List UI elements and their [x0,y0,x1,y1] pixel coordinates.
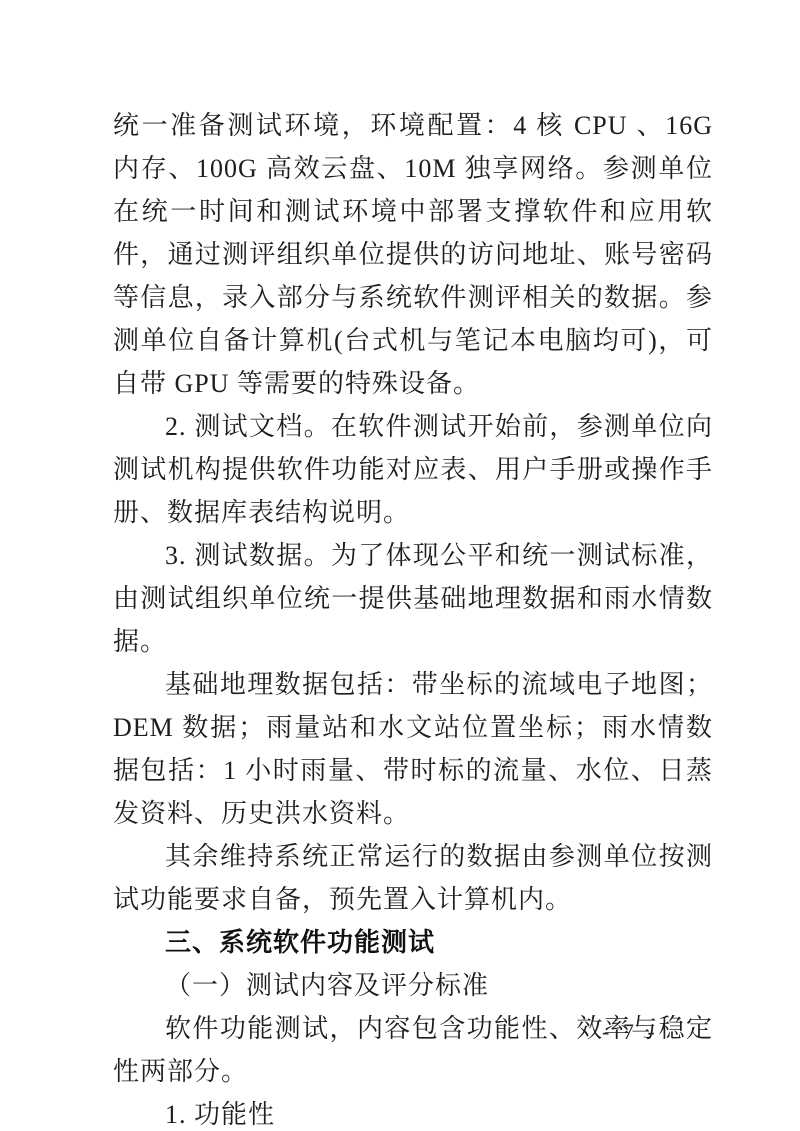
subsection-heading: （一）测试内容及评分标准 [113,964,713,1007]
paragraph-test-docs: 2. 测试文档。在软件测试开始前，参测单位向测试机构提供软件功能对应表、用户手册… [113,405,713,534]
paragraph-test-data: 3. 测试数据。为了体现公平和统一测试标准，由测试组织单位统一提供基础地理数据和… [113,534,713,663]
paragraph-functionality-item: 1. 功能性 [113,1093,713,1131]
page-body: 统一准备测试环境，环境配置：4 核 CPU 、16G 内存、100G 高效云盘、… [113,104,713,1131]
page-number: - 7 - [602,1019,659,1045]
paragraph-geo-data: 基础地理数据包括：带坐标的流域电子地图；DEM 数据；雨量站和水文站位置坐标；雨… [113,663,713,835]
paragraph-other-data: 其余维持系统正常运行的数据由参测单位按测试功能要求自备，预先置入计算机内。 [113,835,713,921]
document-page: 统一准备测试环境，环境配置：4 核 CPU 、16G 内存、100G 高效云盘、… [0,0,800,1131]
section-heading: 三、系统软件功能测试 [113,921,713,964]
paragraph-env-setup: 统一准备测试环境，环境配置：4 核 CPU 、16G 内存、100G 高效云盘、… [113,104,713,405]
